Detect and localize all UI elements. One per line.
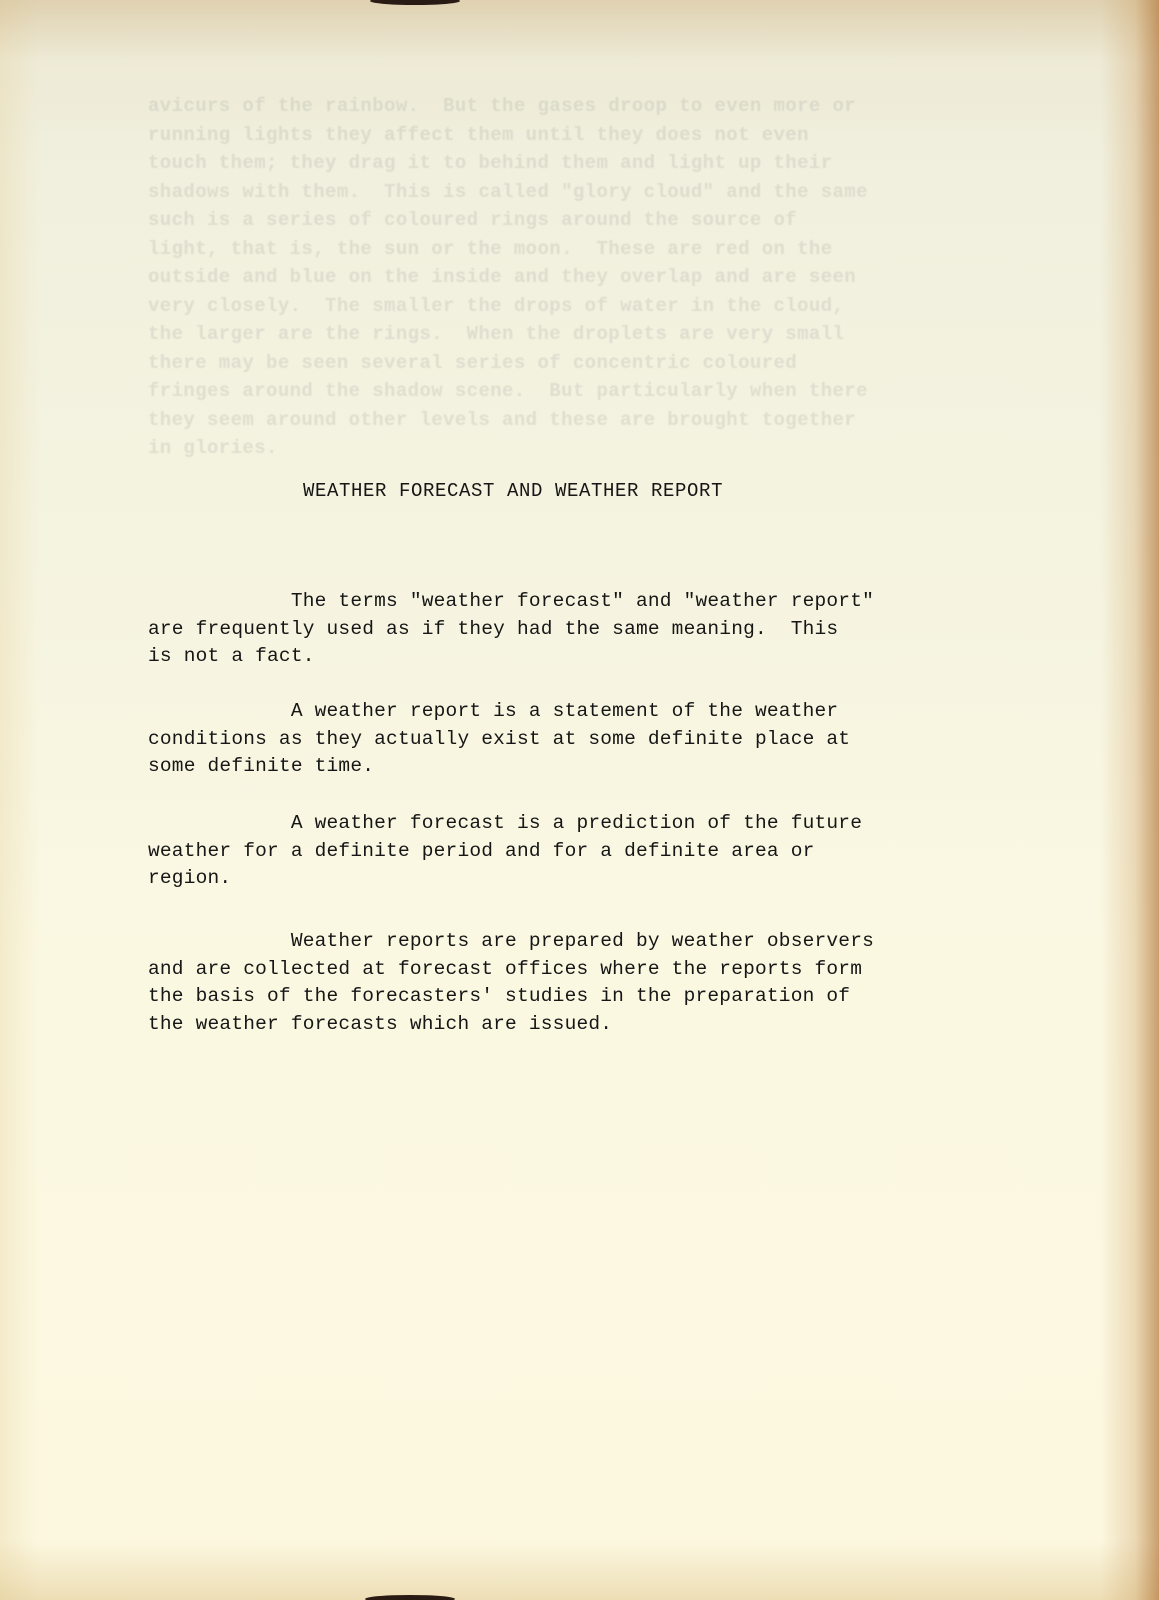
- paragraph-reports-prepared: Weather reports are prepared by weather …: [148, 928, 874, 1038]
- paragraph-line: the basis of the forecasters' studies in…: [148, 985, 850, 1007]
- paragraph-line: The terms "weather forecast" and "weathe…: [148, 590, 874, 612]
- paragraph-line: conditions as they actually exist at som…: [148, 728, 850, 750]
- paragraph-line: Weather reports are prepared by weather …: [148, 930, 874, 952]
- paragraph-line: the weather forecasts which are issued.: [148, 1013, 612, 1035]
- binding-mark-top: [370, 0, 460, 5]
- show-through-text: avicurs of the rainbow. But the gases dr…: [148, 92, 1018, 463]
- paragraph-weather-report: A weather report is a statement of the w…: [148, 698, 850, 781]
- paragraph-line: weather for a definite period and for a …: [148, 840, 815, 862]
- paragraph-line: are frequently used as if they had the s…: [148, 618, 838, 640]
- paragraph-line: A weather forecast is a prediction of th…: [148, 812, 862, 834]
- paragraph-line: and are collected at forecast offices wh…: [148, 958, 862, 980]
- paragraph-line: A weather report is a statement of the w…: [148, 700, 838, 722]
- paper-page: avicurs of the rainbow. But the gases dr…: [0, 0, 1159, 1600]
- paragraph-terms: The terms "weather forecast" and "weathe…: [148, 588, 874, 671]
- paragraph-weather-forecast: A weather forecast is a prediction of th…: [148, 810, 862, 893]
- binding-mark-bottom: [365, 1595, 455, 1600]
- page-title: WEATHER FORECAST AND WEATHER REPORT: [303, 480, 723, 502]
- paragraph-line: is not a fact.: [148, 645, 315, 667]
- paragraph-line: some definite time.: [148, 755, 374, 777]
- paragraph-line: region.: [148, 867, 231, 889]
